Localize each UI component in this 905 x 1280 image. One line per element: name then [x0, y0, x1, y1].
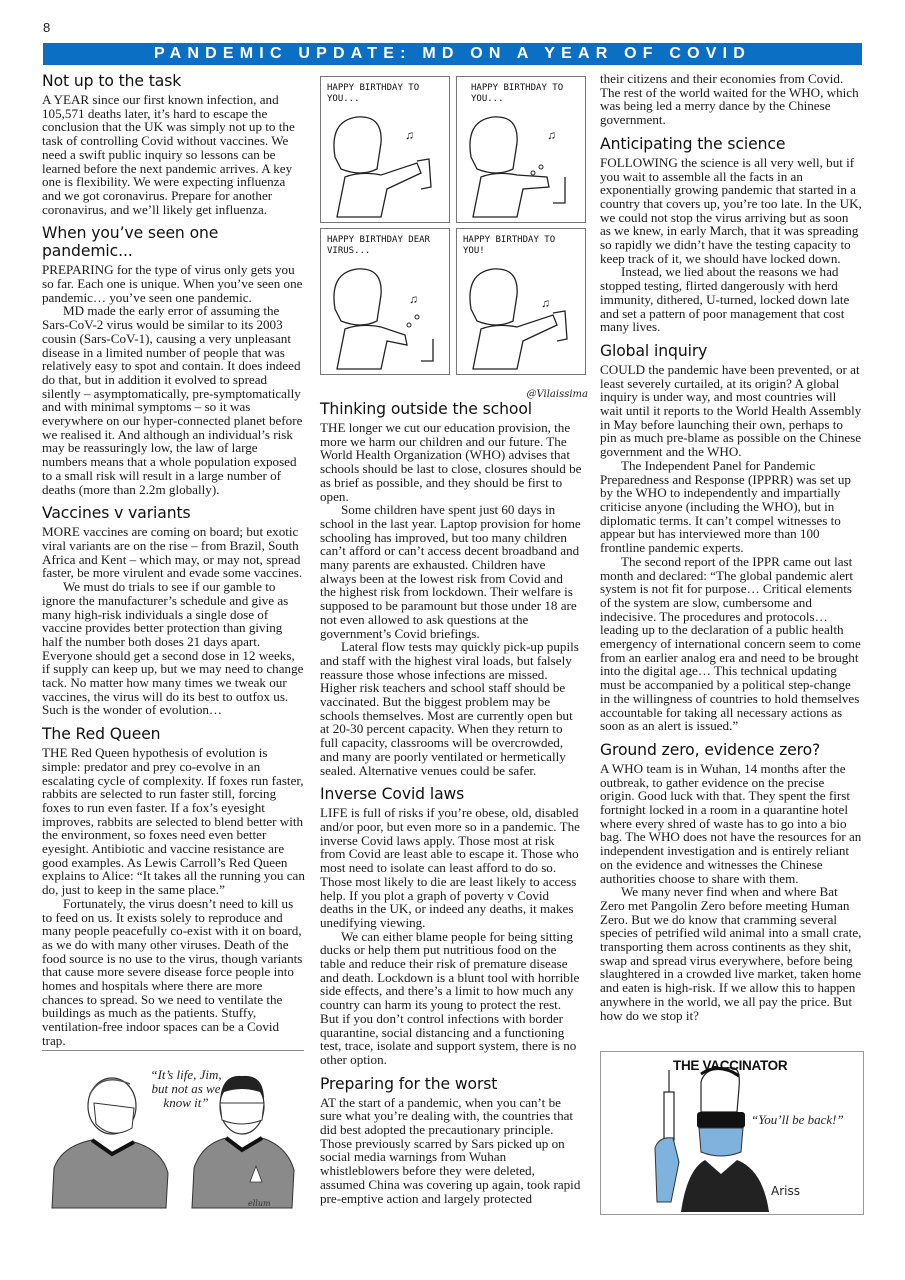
page-number: 8	[43, 20, 50, 35]
cartoon-signature: Ariss	[771, 1184, 800, 1198]
paragraph: A YEAR since our first known infection, …	[42, 93, 305, 216]
paragraph: FOLLOWING the science is all very well, …	[600, 156, 862, 266]
column-2: Thinking outside the school THE longer w…	[320, 400, 582, 1205]
cartoon-credit: @Vilaissima	[526, 389, 588, 400]
cartoon-quote: “You’ll be back!”	[751, 1112, 844, 1128]
paragraph: PREPARING for the type of virus only get…	[42, 263, 305, 304]
panel-caption: HAPPY BIRTHDAY DEAR VIRUS...	[327, 235, 442, 257]
paragraph: LIFE is full of risks if you’re obese, o…	[320, 806, 582, 929]
paragraph: MORE vaccines are coming on board; but e…	[42, 525, 305, 580]
panel-caption: HAPPY BIRTHDAY TO YOU...	[327, 83, 442, 105]
paragraph: A WHO team is in Wuhan, 14 months after …	[600, 762, 862, 885]
svg-text:♫: ♫	[547, 128, 556, 142]
paragraph: We must do trials to see if our gamble t…	[42, 580, 305, 717]
column-1: Not up to the task A YEAR since our firs…	[42, 72, 305, 1048]
heading-not-up-to-task: Not up to the task	[42, 72, 305, 90]
paragraph: We many never find when and where Bat Ze…	[600, 885, 862, 1022]
column-3: their citizens and their economies from …	[600, 72, 862, 1022]
heading-anticipating-science: Anticipating the science	[600, 135, 862, 153]
star-trek-cartoon: ellum “It’s life, Jim, but not as we kno…	[42, 1058, 304, 1218]
birthday-cartoon-strip: ♫ HAPPY BIRTHDAY TO YOU... ♫ HAPPY BIRTH…	[320, 76, 590, 398]
paragraph: Lateral flow tests may quickly pick-up p…	[320, 640, 582, 777]
svg-text:♫: ♫	[405, 128, 414, 142]
heading-seen-one-pandemic: When you’ve seen one pandemic...	[42, 224, 305, 260]
heading-red-queen: The Red Queen	[42, 725, 305, 743]
heading-global-inquiry: Global inquiry	[600, 342, 862, 360]
heading-inverse-covid-laws: Inverse Covid laws	[320, 785, 582, 803]
paragraph: COULD the pandemic have been prevented, …	[600, 363, 862, 459]
vaccinator-illustration-icon	[601, 1052, 863, 1214]
svg-text:ellum: ellum	[248, 1199, 271, 1208]
paragraph: The second report of the IPPR came out l…	[600, 555, 862, 733]
paragraph: Instead, we lied about the reasons we ha…	[600, 265, 862, 334]
heading-thinking-outside-school: Thinking outside the school	[320, 400, 582, 418]
section-banner: PANDEMIC UPDATE: MD ON A YEAR OF COVID	[43, 43, 862, 65]
cartoon-panel: ♫ HAPPY BIRTHDAY TO YOU...	[456, 76, 586, 223]
paragraph: Some children have spent just 60 days in…	[320, 503, 582, 640]
cartoon-panel: ♫ HAPPY BIRTHDAY TO YOU!	[456, 228, 586, 375]
cartoon-title: THE VACCINATOR	[673, 1058, 787, 1073]
cartoon-panel: ♫ HAPPY BIRTHDAY DEAR VIRUS...	[320, 228, 450, 375]
heading-ground-zero: Ground zero, evidence zero?	[600, 741, 862, 759]
paragraph-continued: their citizens and their economies from …	[600, 72, 862, 127]
cartoon-panel: ♫ HAPPY BIRTHDAY TO YOU...	[320, 76, 450, 223]
paragraph: We can either blame people for being sit…	[320, 930, 582, 1067]
divider	[42, 1050, 304, 1051]
paragraph: THE longer we cut our education provisio…	[320, 421, 582, 503]
panel-caption: HAPPY BIRTHDAY TO YOU!	[463, 235, 578, 257]
vaccinator-cartoon: THE VACCINATOR “You’ll be back!” Ariss	[600, 1051, 864, 1215]
heading-vaccines-v-variants: Vaccines v variants	[42, 504, 305, 522]
paragraph: MD made the early error of assuming the …	[42, 304, 305, 496]
svg-text:♫: ♫	[541, 296, 550, 310]
panel-caption: HAPPY BIRTHDAY TO YOU...	[471, 83, 586, 105]
svg-text:♫: ♫	[409, 292, 418, 306]
paragraph: THE Red Queen hypothesis of evolution is…	[42, 746, 305, 897]
heading-preparing-for-worst: Preparing for the worst	[320, 1075, 582, 1093]
paragraph: Fortunately, the virus doesn’t need to k…	[42, 897, 305, 1048]
paragraph: AT the start of a pandemic, when you can…	[320, 1096, 582, 1206]
cartoon-quote: “It’s life, Jim, but not as we know it”	[146, 1068, 226, 1110]
paragraph: The Independent Panel for Pandemic Prepa…	[600, 459, 862, 555]
